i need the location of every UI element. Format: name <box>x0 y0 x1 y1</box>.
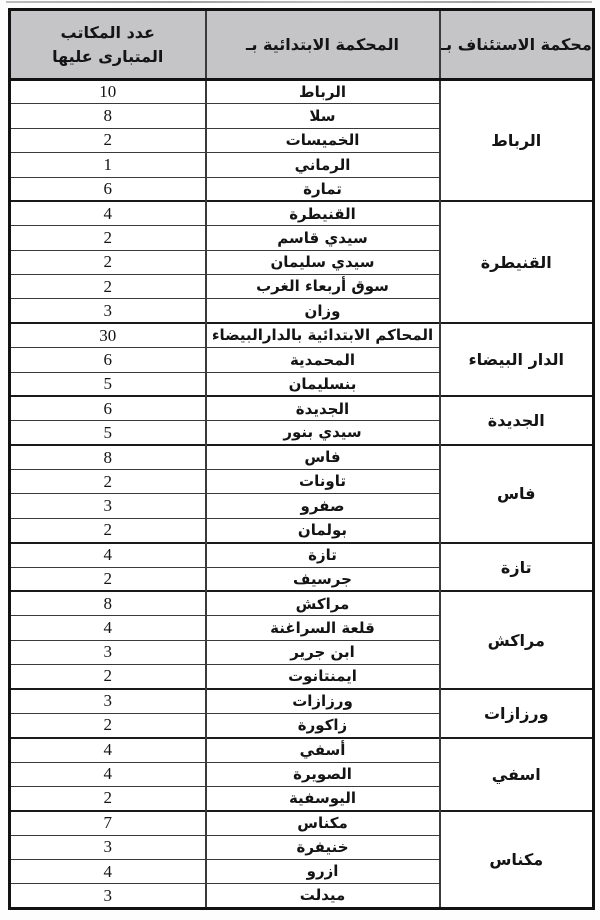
first-instance-court-cell: ورزازات <box>206 689 440 713</box>
first-instance-court-cell: سلا <box>206 104 440 128</box>
office-count-cell: 4 <box>10 738 206 762</box>
first-instance-court-cell: صفرو <box>206 494 440 518</box>
first-instance-court-cell: سيدي بنور <box>206 421 440 445</box>
first-instance-court-cell: بنسليمان <box>206 372 440 396</box>
table-row: الدار البيضاءالمحاكم الابتدائية بالدارال… <box>10 323 594 347</box>
first-instance-court-cell: اليوسفية <box>206 786 440 810</box>
office-count-cell: 2 <box>10 518 206 542</box>
first-instance-court-cell: أسفي <box>206 738 440 762</box>
first-instance-court-cell: خنيفرة <box>206 835 440 859</box>
office-count-cell: 4 <box>10 616 206 640</box>
header-row: محكمة الاستئناف بـ المحكمة الابتدائية بـ… <box>10 10 594 80</box>
appeal-court-cell: مكناس <box>440 811 594 909</box>
office-count-cell: 2 <box>10 567 206 591</box>
appeal-court-cell: مراكش <box>440 591 594 689</box>
appeal-court-cell: الدار البيضاء <box>440 323 594 396</box>
first-instance-court-column-header: المحكمة الابتدائية بـ <box>206 10 440 80</box>
office-count-cell: 6 <box>10 396 206 420</box>
office-count-cell: 7 <box>10 811 206 835</box>
office-count-cell: 3 <box>10 494 206 518</box>
office-count-cell: 2 <box>10 128 206 152</box>
office-count-cell: 2 <box>10 786 206 810</box>
scan-artifact-line <box>6 1 592 3</box>
first-instance-court-cell: ابن جرير <box>206 640 440 664</box>
office-count-cell: 8 <box>10 445 206 469</box>
first-instance-court-cell: المحاكم الابتدائية بالدارالبيضاء <box>206 323 440 347</box>
appeal-court-cell: الجديدة <box>440 396 594 445</box>
table-row: مراكشمراكش8 <box>10 591 594 615</box>
first-instance-court-cell: الخميسات <box>206 128 440 152</box>
first-instance-court-cell: جرسيف <box>206 567 440 591</box>
office-count-cell: 6 <box>10 348 206 372</box>
office-count-cell: 2 <box>10 226 206 250</box>
office-count-cell: 2 <box>10 275 206 299</box>
first-instance-court-cell: زاكورة <box>206 713 440 737</box>
appeal-court-cell: ورزازات <box>440 689 594 738</box>
office-count-cell: 5 <box>10 372 206 396</box>
first-instance-court-cell: مكناس <box>206 811 440 835</box>
first-instance-court-cell: القنيطرة <box>206 201 440 225</box>
office-count-cell: 3 <box>10 299 206 323</box>
first-instance-court-cell: الرماني <box>206 153 440 177</box>
first-instance-court-cell: المحمدية <box>206 348 440 372</box>
first-instance-court-cell: سيدي سليمان <box>206 250 440 274</box>
office-count-cell: 8 <box>10 104 206 128</box>
table-row: ورزازاتورزازات3 <box>10 689 594 713</box>
table-row: مكناسمكناس7 <box>10 811 594 835</box>
office-count-cell: 3 <box>10 640 206 664</box>
office-count-cell: 5 <box>10 421 206 445</box>
table-row: تازةتازة4 <box>10 543 594 567</box>
table-row: فاسفاس8 <box>10 445 594 469</box>
appeal-court-cell: القنيطرة <box>440 201 594 323</box>
office-count-cell: 10 <box>10 80 206 104</box>
courts-offices-table: محكمة الاستئناف بـ المحكمة الابتدائية بـ… <box>8 8 595 910</box>
appeal-court-cell: تازة <box>440 543 594 592</box>
first-instance-court-cell: سيدي قاسم <box>206 226 440 250</box>
office-count-cell: 4 <box>10 860 206 884</box>
table-row: الجديدةالجديدة6 <box>10 396 594 420</box>
office-count-cell: 4 <box>10 543 206 567</box>
first-instance-court-cell: الجديدة <box>206 396 440 420</box>
scanned-document-page: محكمة الاستئناف بـ المحكمة الابتدائية بـ… <box>0 0 600 920</box>
first-instance-court-cell: الصويرة <box>206 762 440 786</box>
office-count-column-header: عدد المكاتب المتبارى عليها <box>10 10 206 80</box>
first-instance-court-cell: تمارة <box>206 177 440 201</box>
office-count-cell: 4 <box>10 762 206 786</box>
table-header: محكمة الاستئناف بـ المحكمة الابتدائية بـ… <box>10 10 594 80</box>
first-instance-court-cell: ميدلت <box>206 884 440 909</box>
appeal-court-cell: فاس <box>440 445 594 543</box>
first-instance-court-cell: فاس <box>206 445 440 469</box>
first-instance-court-cell: سوق أربعاء الغرب <box>206 275 440 299</box>
office-count-cell: 2 <box>10 470 206 494</box>
first-instance-court-cell: ايمنتانوت <box>206 665 440 689</box>
table-body: الرباطالرباط10سلا8الخميسات2الرماني1تمارة… <box>10 80 594 909</box>
office-count-cell: 2 <box>10 713 206 737</box>
first-instance-court-cell: ازرو <box>206 860 440 884</box>
office-count-cell: 6 <box>10 177 206 201</box>
office-count-cell: 3 <box>10 884 206 909</box>
first-instance-court-cell: بولمان <box>206 518 440 542</box>
first-instance-court-cell: الرباط <box>206 80 440 104</box>
office-count-cell: 8 <box>10 591 206 615</box>
table-row: الرباطالرباط10 <box>10 80 594 104</box>
appeal-court-cell: الرباط <box>440 80 594 202</box>
office-count-cell: 3 <box>10 835 206 859</box>
first-instance-court-cell: تاونات <box>206 470 440 494</box>
office-count-cell: 2 <box>10 250 206 274</box>
table-row: القنيطرةالقنيطرة4 <box>10 201 594 225</box>
first-instance-court-cell: قلعة السراغنة <box>206 616 440 640</box>
office-count-cell: 30 <box>10 323 206 347</box>
first-instance-court-cell: تازة <box>206 543 440 567</box>
office-count-cell: 1 <box>10 153 206 177</box>
office-count-cell: 2 <box>10 665 206 689</box>
office-count-cell: 3 <box>10 689 206 713</box>
office-count-cell: 4 <box>10 201 206 225</box>
appeal-court-column-header: محكمة الاستئناف بـ <box>440 10 594 80</box>
table-row: اسفيأسفي4 <box>10 738 594 762</box>
first-instance-court-cell: مراكش <box>206 591 440 615</box>
first-instance-court-cell: وزان <box>206 299 440 323</box>
appeal-court-cell: اسفي <box>440 738 594 811</box>
